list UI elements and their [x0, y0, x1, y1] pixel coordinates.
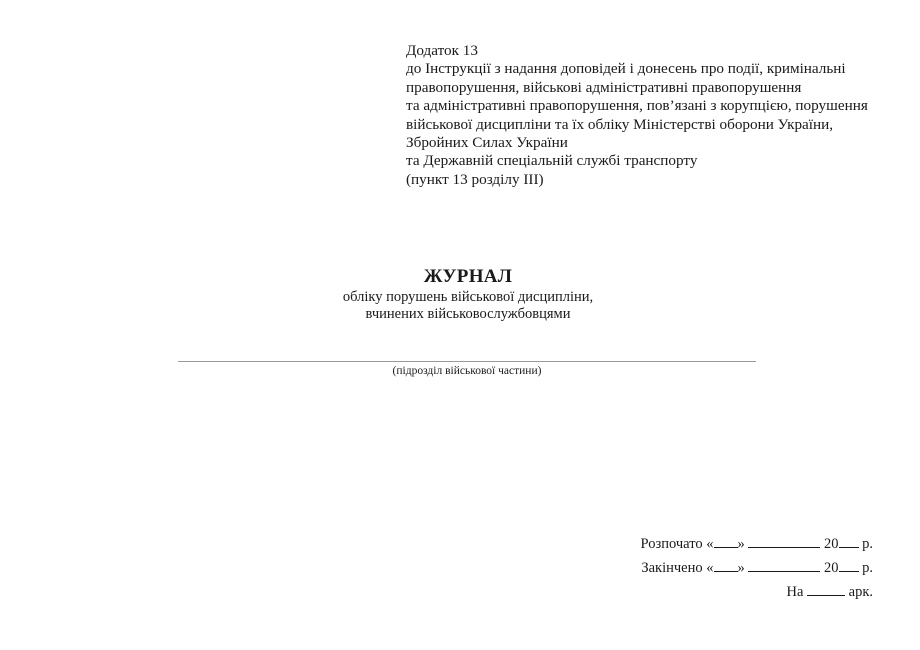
- quote-open: «: [706, 536, 713, 552]
- quote-close: »: [738, 560, 745, 576]
- started-day-field[interactable]: [714, 534, 738, 548]
- appendix-text-line: правопорушення, військові адміністративн…: [406, 79, 906, 97]
- started-month-field[interactable]: [748, 534, 820, 548]
- finished-day-field[interactable]: [714, 558, 738, 572]
- started-date-row: Розпочато «» 20 р.: [641, 532, 873, 556]
- finished-month-field[interactable]: [748, 558, 820, 572]
- journal-title: ЖУРНАЛ: [0, 265, 920, 289]
- appendix-reference: (пункт 13 розділу ІІІ): [406, 171, 906, 189]
- quote-open: «: [706, 560, 713, 576]
- sheets-suffix: арк.: [849, 584, 873, 600]
- journal-dates: Розпочато «» 20 р. Закінчено «» 20 р. На…: [641, 532, 873, 604]
- unit-field-line[interactable]: [178, 361, 756, 362]
- century-prefix: 20: [824, 536, 839, 552]
- year-suffix: р.: [862, 536, 873, 552]
- journal-subtitle-line-2: вчинених військовослужбовцями: [0, 306, 920, 323]
- sheets-row: На арк.: [641, 580, 873, 604]
- journal-title-block: ЖУРНАЛ обліку порушень військової дисцип…: [0, 265, 920, 323]
- started-label: Розпочато: [641, 536, 703, 552]
- quote-close: »: [738, 536, 745, 552]
- appendix-text-line: Збройних Силах України: [406, 134, 906, 152]
- appendix-text-line: до Інструкції з надання доповідей і доне…: [406, 60, 906, 78]
- appendix-text-line: військової дисципліни та їх обліку Мініс…: [406, 116, 906, 134]
- finished-label: Закінчено: [641, 560, 702, 576]
- year-suffix: р.: [862, 560, 873, 576]
- appendix-header: Додаток 13 до Інструкції з надання допов…: [406, 42, 906, 189]
- journal-subtitle-line-1: обліку порушень військової дисципліни,: [0, 289, 920, 306]
- finished-date-row: Закінчено «» 20 р.: [641, 556, 873, 580]
- appendix-text-line: та Державній спеціальній службі транспор…: [406, 152, 906, 170]
- finished-year-field[interactable]: [839, 558, 859, 572]
- appendix-number: Додаток 13: [406, 42, 906, 60]
- appendix-text-line: та адміністративні правопорушення, пов’я…: [406, 97, 906, 115]
- sheets-count-field[interactable]: [807, 582, 845, 596]
- century-prefix: 20: [824, 560, 839, 576]
- sheets-prefix: На: [786, 584, 803, 600]
- unit-field-caption: (підрозділ військової частини): [178, 364, 756, 378]
- started-year-field[interactable]: [839, 534, 859, 548]
